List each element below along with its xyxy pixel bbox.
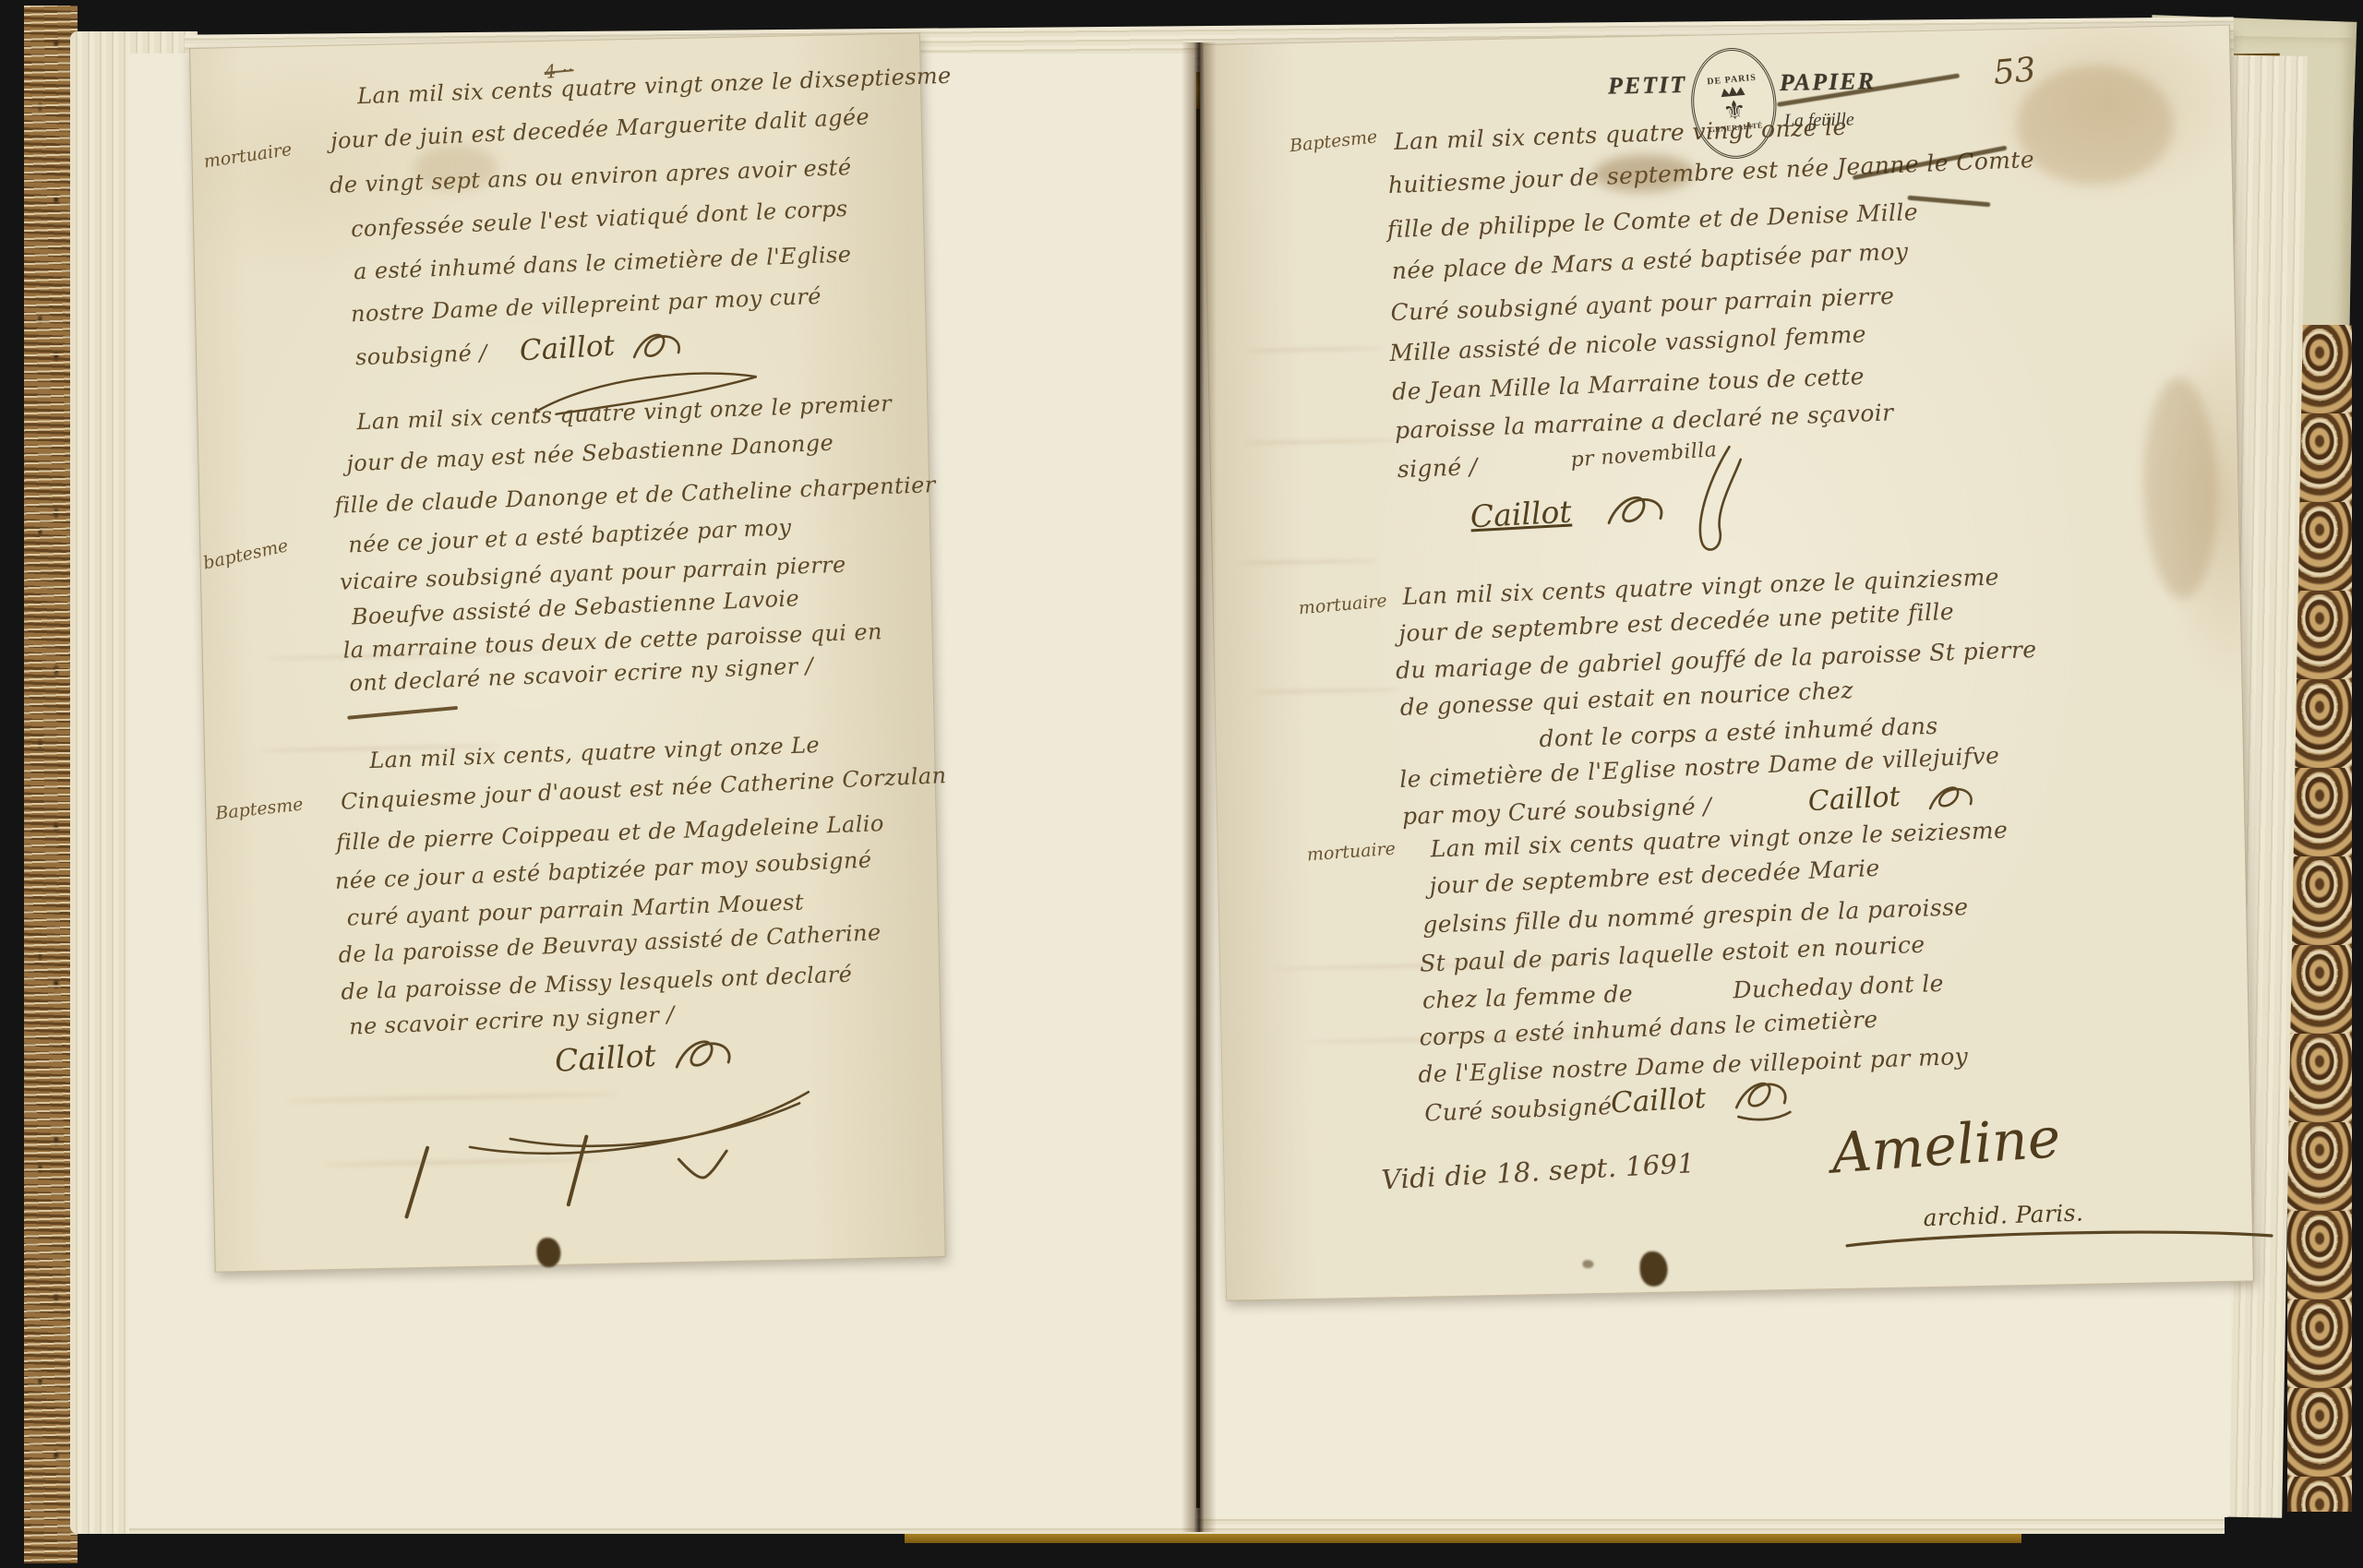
signature-flourish (1842, 1225, 2276, 1257)
record-line: du mariage de gabriel gouffé de la paroi… (1396, 637, 2037, 684)
record-line: corps a esté inhumé dans le cimetière (1419, 1007, 1878, 1050)
book-gutter (1181, 42, 1217, 1532)
record-line: gelsins fille du nommé grespin de la par… (1422, 894, 1969, 938)
check-stroke (673, 1145, 733, 1187)
record-line: Lan mil six cents, quatre vingt onze Le (369, 733, 821, 772)
cross-out-stroke (1907, 196, 1990, 208)
record-line: née place de Mars a esté baptisée par mo… (1391, 239, 1909, 284)
record-line: curé ayant pour parrain Martin Mouest (346, 890, 804, 930)
stamp-word-petit: PETIT (1608, 73, 1687, 99)
archdeacon-title: archid. Paris. (1923, 1200, 2084, 1230)
record-line: Mille assisté de nicole vassignol femme (1389, 321, 1866, 365)
priest-signature: Caillot (1610, 1084, 1707, 1119)
bleed-through (1245, 346, 1384, 353)
ink-smear (1592, 154, 1695, 193)
record-line: née ce jour a esté baptizée par moy soub… (334, 848, 872, 894)
record-line: Lan mil six cents quatre vingt onze le d… (357, 64, 952, 109)
ink-blot (536, 1238, 561, 1268)
margin-note-baptesme: Baptesme (215, 796, 305, 822)
record-line: Curé soubsigné ayant pour parrain pierre (1390, 283, 1895, 326)
record-line: de l'Eglise nostre Dame de villepoint pa… (1418, 1044, 1969, 1087)
margin-note-mortuaire: mortuaire (203, 141, 294, 172)
record-line: jour de septembre est decedée Marie (1429, 856, 1880, 899)
record-line: le cimetière de l'Eglise nostre Dame de … (1399, 743, 2000, 793)
record-line: signé / (1397, 454, 1478, 482)
record-line: jour de juin est decedée Marguerite dali… (330, 104, 870, 153)
ink-blot (1639, 1251, 1668, 1287)
margin-note-baptesme: baptesme (202, 537, 290, 572)
record-line: soubsigné / (355, 341, 488, 369)
record-line: nostre Dame de villepreint par moy curé (351, 284, 822, 327)
paper-stain (2016, 64, 2175, 186)
left-page: 4 ·· mortuaire Lan mil six cents quatre … (189, 32, 946, 1272)
signature-flourish (1644, 441, 1747, 563)
page-number: 53 (1992, 54, 2037, 90)
record-line: St paul de paris laquelle estoit en nour… (1420, 932, 1925, 977)
bleed-through (1252, 688, 1399, 694)
pen-stroke (404, 1145, 430, 1219)
archdeacon-signature: Ameline (1829, 1110, 2062, 1182)
ink-blot (1582, 1260, 1593, 1268)
priest-signature: Caillot (519, 332, 616, 366)
visa-line: Vidi die 18. sept. 1691 (1381, 1149, 1696, 1195)
record-line: de la paroisse de Missy lesquels ont dec… (341, 962, 853, 1004)
bleed-through (1241, 558, 1379, 565)
record-line: ne scavoir ecrire ny signer / (349, 1002, 675, 1039)
record-line: née ce jour et a esté baptizée par moy (348, 515, 792, 557)
record-line: de Jean Mille la Marraine tous de cette (1392, 364, 1865, 404)
record-line: de vingt sept ans ou environ apres avoir… (330, 155, 852, 197)
signature-flourish (460, 1075, 822, 1162)
record-line: jour de may est née Sebastienne Danonge (346, 431, 834, 476)
record-line: a esté inhumé dans le cimetière de l'Egl… (354, 243, 852, 284)
record-line: fille de philippe le Comte et de Denise … (1386, 199, 1918, 243)
record-divider (347, 706, 458, 720)
record-line: Curé soubsigné (1424, 1094, 1613, 1126)
right-page: 53 PETIT DE PARIS ⚜ GENERALITÉ PAPIER La… (1202, 25, 2254, 1301)
record-line: Boeufve assisté de Sebastienne Lavoie (351, 586, 799, 629)
priest-signature: Caillot (1807, 784, 1901, 816)
bleed-through (1243, 438, 1400, 445)
record-line: fille de claude Danonge et de Catheline … (334, 473, 936, 518)
margin-note-mortuaire: mortuaire (1298, 592, 1387, 617)
signature-flourish (1733, 1073, 1804, 1124)
paper-stain (2141, 377, 2220, 599)
priest-signature: Caillot (1469, 497, 1572, 533)
record-line: Lan mil six cents quatre vingt onze le (1394, 114, 1847, 155)
record-line: paroisse la marraine a declaré ne sçavoi… (1395, 400, 1894, 443)
priest-signature: Caillot (554, 1040, 656, 1076)
record-line: fille de pierre Coippeau et de Magdelein… (336, 811, 885, 855)
record-line: huitiesme jour de septembre est née Jean… (1387, 147, 2034, 198)
book-photo-stage: 4 ·· mortuaire Lan mil six cents quatre … (0, 0, 2363, 1568)
margin-note-mortuaire: mortuaire (1306, 841, 1396, 865)
margin-note-baptesme: Baptesme (1289, 128, 1378, 155)
record-line: de gonesse qui estait en nourice chez (1399, 677, 1853, 720)
signature-flourish (672, 1031, 747, 1084)
record-line: confessée seule l'est viatiqué dont le c… (351, 197, 849, 242)
record-line: par moy Curé soubsigné / (1402, 794, 1712, 830)
